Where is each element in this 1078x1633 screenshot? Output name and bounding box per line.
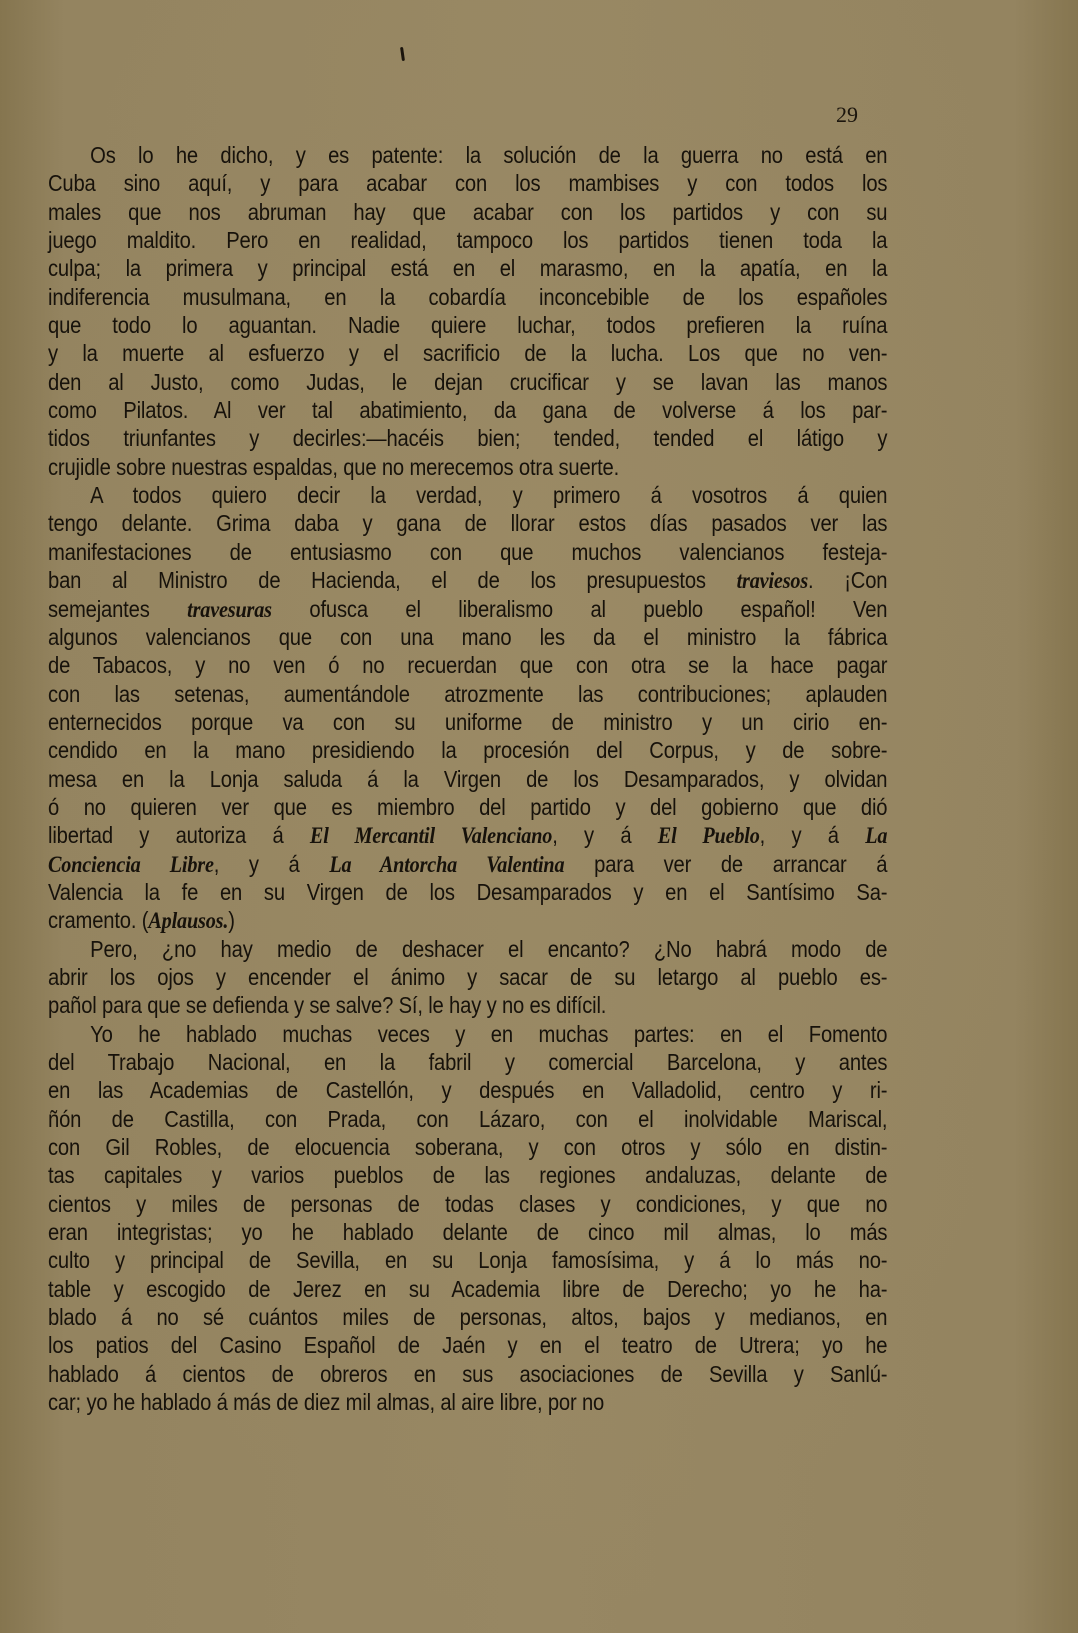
text-run: de Tabacos, y no ven ó no recuerdan que … (48, 652, 887, 678)
italic-title: La (865, 823, 887, 849)
text-line: semejantes travesuras ofusca el liberali… (48, 595, 887, 623)
text-line: males que nos abruman hay que acabar con… (48, 198, 887, 226)
text-run: cramento. ( (48, 907, 148, 933)
paragraph: A todos quiero decir la verdad, y primer… (48, 481, 770, 935)
text-line: pañol para que se defienda y se salve? S… (48, 991, 887, 1019)
text-line: eran integristas; yo he hablado delante … (48, 1218, 887, 1246)
text-run: indiferencia musulmana, en la cobardía i… (48, 284, 887, 310)
text-line: tidos triunfantes y decirles:—hacéis bie… (48, 424, 887, 452)
body-text: Os lo he dicho, y es patente: la solució… (48, 141, 770, 1416)
text-line: manifestaciones de entusiasmo con que mu… (48, 538, 887, 566)
text-run: crujidle sobre nuestras espaldas, que no… (48, 454, 619, 480)
text-line: Yo he hablado muchas veces y en muchas p… (48, 1020, 887, 1048)
text-run: car; yo he hablado á más de diez mil alm… (48, 1389, 604, 1415)
text-line: en las Academias de Castellón, y después… (48, 1076, 887, 1104)
text-run: que todo lo aguantan. Nadie quiere lucha… (48, 312, 887, 338)
text-line: cendido en la mano presidiendo la proces… (48, 736, 887, 764)
text-run: Yo he hablado muchas veces y en muchas p… (90, 1021, 887, 1047)
text-line: hablado á cientos de obreros en sus asoc… (48, 1360, 887, 1388)
text-line: cramento. (Aplausos.) (48, 906, 887, 934)
text-run: males que nos abruman hay que acabar con… (48, 199, 887, 225)
text-run: ó no quieren ver que es miembro del part… (48, 794, 887, 820)
text-run: . ¡Con (808, 567, 887, 593)
text-line: abrir los ojos y encender el ánimo y sac… (48, 963, 887, 991)
text-line: tengo delante. Grima daba y gana de llor… (48, 509, 887, 537)
text-run: ofusca el liberalismo al pueblo español!… (272, 596, 887, 622)
text-run: culto y principal de Sevilla, en su Lonj… (48, 1247, 887, 1273)
italic-title: El Pueblo (658, 823, 760, 849)
text-run: manifestaciones de entusiasmo con que mu… (48, 539, 887, 565)
text-run: culpa; la primera y principal está en el… (48, 255, 887, 281)
text-run: , y á (214, 851, 330, 877)
italic-title: Conciencia Libre (48, 852, 214, 878)
paragraph: Pero, ¿no hay medio de deshacer el encan… (48, 935, 770, 1020)
ink-speck (400, 47, 405, 61)
text-run: libertad y autoriza á (48, 822, 310, 848)
text-run: ñón de Castilla, con Prada, con Lázaro, … (48, 1106, 887, 1132)
text-line: culpa; la primera y principal está en el… (48, 254, 887, 282)
text-line: blado á no sé cuántos miles de personas,… (48, 1303, 887, 1331)
text-run: abrir los ojos y encender el ánimo y sac… (48, 964, 887, 990)
text-line: mesa en la Lonja saluda á la Virgen de l… (48, 765, 887, 793)
text-line: enternecidos porque va con su uniforme d… (48, 708, 887, 736)
text-line: den al Justo, como Judas, le dejan cruci… (48, 368, 887, 396)
text-run: algunos valencianos que con una mano les… (48, 624, 887, 650)
text-line: libertad y autoriza á El Mercantil Valen… (48, 821, 887, 849)
text-line: indiferencia musulmana, en la cobardía i… (48, 283, 887, 311)
text-line: car; yo he hablado á más de diez mil alm… (48, 1388, 887, 1416)
text-line: y la muerte al esfuerzo y el sacrificio … (48, 339, 887, 367)
text-run: con las setenas, aumentándole atrozmente… (48, 681, 887, 707)
text-run: cendido en la mano presidiendo la proces… (48, 737, 887, 763)
text-line: cientos y miles de personas de todas cla… (48, 1190, 887, 1218)
text-line: Valencia la fe en su Virgen de los Desam… (48, 878, 887, 906)
page-number: 29 (836, 102, 858, 128)
text-run: cientos y miles de personas de todas cla… (48, 1191, 887, 1217)
scanned-book-page: 29 Os lo he dicho, y es patente: la solu… (0, 0, 1078, 1633)
text-run: , y á (552, 822, 658, 848)
text-run: semejantes (48, 596, 187, 622)
text-run: ) (228, 907, 235, 933)
text-run: Os lo he dicho, y es patente: la solució… (90, 142, 887, 168)
text-line: table y escogido de Jerez en su Academia… (48, 1275, 887, 1303)
italic-title: Aplausos. (148, 908, 228, 934)
text-run: Valencia la fe en su Virgen de los Desam… (48, 879, 887, 905)
text-run: A todos quiero decir la verdad, y primer… (90, 482, 887, 508)
text-run: eran integristas; yo he hablado delante … (48, 1219, 887, 1245)
text-run: Cuba sino aquí, y para acabar con los ma… (48, 170, 887, 196)
text-run: con Gil Robles, de elocuencia soberana, … (48, 1134, 887, 1160)
text-line: ó no quieren ver que es miembro del part… (48, 793, 887, 821)
text-run: tas capitales y varios pueblos de las re… (48, 1162, 887, 1188)
text-run: mesa en la Lonja saluda á la Virgen de l… (48, 766, 887, 792)
text-run: juego maldito. Pero en realidad, tampoco… (48, 227, 887, 253)
text-line: Pero, ¿no hay medio de deshacer el encan… (48, 935, 887, 963)
text-line: culto y principal de Sevilla, en su Lonj… (48, 1246, 887, 1274)
italic-title: El Mercantil Valenciano (310, 823, 552, 849)
text-line: del Trabajo Nacional, en la fabril y com… (48, 1048, 887, 1076)
text-line: algunos valencianos que con una mano les… (48, 623, 887, 651)
paragraph: Os lo he dicho, y es patente: la solució… (48, 141, 770, 481)
text-line: crujidle sobre nuestras espaldas, que no… (48, 453, 887, 481)
text-line: que todo lo aguantan. Nadie quiere lucha… (48, 311, 887, 339)
text-run: para ver de arrancar á (564, 851, 887, 877)
text-line: de Tabacos, y no ven ó no recuerdan que … (48, 651, 887, 679)
text-line: tas capitales y varios pueblos de las re… (48, 1161, 887, 1189)
text-run: enternecidos porque va con su uniforme d… (48, 709, 887, 735)
paragraph: Yo he hablado muchas veces y en muchas p… (48, 1020, 770, 1417)
text-line: ban al Ministro de Hacienda, el de los p… (48, 566, 887, 594)
text-run: del Trabajo Nacional, en la fabril y com… (48, 1049, 887, 1075)
text-run: den al Justo, como Judas, le dejan cruci… (48, 369, 887, 395)
text-run: pañol para que se defienda y se salve? S… (48, 992, 606, 1018)
text-run: blado á no sé cuántos miles de personas,… (48, 1304, 887, 1330)
italic-title: traviesos (737, 568, 808, 594)
text-run: hablado á cientos de obreros en sus asoc… (48, 1361, 887, 1387)
text-run: Pero, ¿no hay medio de deshacer el encan… (90, 936, 887, 962)
text-run: como Pilatos. Al ver tal abatimiento, da… (48, 397, 887, 423)
text-run: y la muerte al esfuerzo y el sacrificio … (48, 340, 887, 366)
text-line: Conciencia Libre, y á La Antorcha Valent… (48, 850, 887, 878)
text-line: Os lo he dicho, y es patente: la solució… (48, 141, 887, 169)
text-line: ñón de Castilla, con Prada, con Lázaro, … (48, 1105, 887, 1133)
text-line: como Pilatos. Al ver tal abatimiento, da… (48, 396, 887, 424)
text-run: , y á (760, 822, 866, 848)
text-line: los patios del Casino Español de Jaén y … (48, 1331, 887, 1359)
text-run: table y escogido de Jerez en su Academia… (48, 1276, 887, 1302)
text-run: tidos triunfantes y decirles:—hacéis bie… (48, 425, 887, 451)
text-run: los patios del Casino Español de Jaén y … (48, 1332, 887, 1358)
text-line: juego maldito. Pero en realidad, tampoco… (48, 226, 887, 254)
text-line: con Gil Robles, de elocuencia soberana, … (48, 1133, 887, 1161)
text-line: Cuba sino aquí, y para acabar con los ma… (48, 169, 887, 197)
text-line: A todos quiero decir la verdad, y primer… (48, 481, 887, 509)
text-run: tengo delante. Grima daba y gana de llor… (48, 510, 887, 536)
text-line: con las setenas, aumentándole atrozmente… (48, 680, 887, 708)
italic-title: travesuras (187, 597, 272, 623)
text-run: ban al Ministro de Hacienda, el de los p… (48, 567, 737, 593)
text-run: en las Academias de Castellón, y después… (48, 1077, 887, 1103)
italic-title: La Antorcha Valentina (329, 852, 564, 878)
